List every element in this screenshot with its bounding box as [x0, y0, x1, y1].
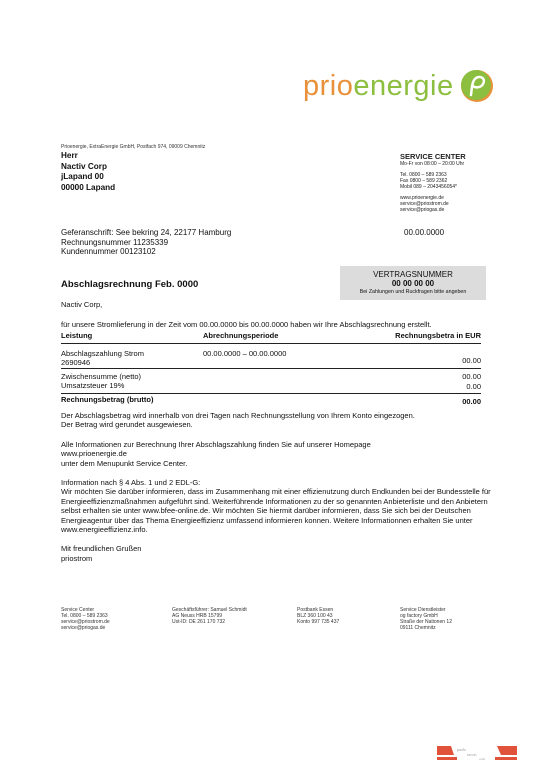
recipient-name: Nactiv Corp	[61, 162, 115, 173]
paragraph-debit: Der Abschlagsbetrag wird innerhalb von d…	[61, 411, 491, 430]
contract-number: 00 00 00 00	[340, 279, 486, 288]
vat-amount: 0.00	[466, 382, 481, 391]
service-mail-link-2[interactable]: service@priogas.de	[400, 207, 466, 213]
service-center-block: SERVICE CENTER Mo-Fr von 08:00 – 20:00 U…	[400, 152, 466, 213]
logo-text-energie: energie	[353, 70, 453, 103]
table-header: Leistung Abrechnungsperiode Rechnungsbet…	[61, 331, 481, 344]
header-leistung: Leistung	[61, 331, 92, 340]
header-amount: Rechnungsbetra in EUR	[395, 331, 481, 340]
service-center-title: SERVICE CENTER	[400, 152, 466, 161]
invoice-date: 00.00.0000	[404, 228, 444, 237]
table-row-total: Rechnungsbetrag (brutto) 00.00	[61, 394, 481, 406]
watermark-badge: paolo taccio com	[437, 745, 517, 761]
signature: priostrom	[61, 554, 92, 563]
recipient-salutation: Herr	[61, 151, 115, 162]
svg-text:paolo: paolo	[457, 747, 466, 752]
row-item-sub: 2690946	[61, 358, 90, 367]
table-row: Abschlagszahlung Strom 2690946 00.00.000…	[61, 344, 481, 369]
customer-number: Kundennummer 00123102	[61, 247, 231, 257]
recipient-address: Herr Nactiv Corp jLapand 00 00000 Lapand	[61, 151, 115, 193]
invoice-number: Rechnungsnummer 11235339	[61, 238, 231, 248]
row-amount: 00.00	[462, 356, 481, 365]
row-period: 00.00.0000 – 00.00.0000	[203, 349, 286, 358]
logo-text-prio: prio	[303, 70, 353, 103]
footer-col-company: Geschäftsführer: Samuel Schmidt AG Neuss…	[172, 607, 247, 625]
service-mobil: Mobil 089 – 2043456054*	[400, 184, 466, 190]
delivery-address: Geferanschrift: See bekring 24, 22177 Ha…	[61, 228, 231, 238]
service-hours: Mo-Fr von 08:00 – 20:00 Uhr	[400, 161, 466, 167]
footer-col-provider: Service Dienstleister og factory GmbH St…	[400, 607, 452, 631]
invoice-table: Leistung Abrechnungsperiode Rechnungsbet…	[61, 331, 481, 406]
sender-line: Prioenergie, ExtraEnergie GmbH, Postfach…	[61, 144, 205, 150]
closing: Mit freundlichen Grußen priostrom	[61, 544, 491, 563]
salutation: Nactiv Corp,	[61, 300, 102, 309]
recipient-city: 00000 Lapand	[61, 183, 115, 194]
svg-text:taccio: taccio	[467, 752, 477, 757]
contract-number-box: VERTRAGSNUMMER 00 00 00 00 Bei Zahlungen…	[340, 266, 486, 300]
table-row-subtotal: Zwischensumme (netto) Umsatzsteuer 19% 0…	[61, 369, 481, 394]
paragraph-homepage: Alle Informationen zur Berechnung Ihrer …	[61, 440, 491, 468]
paragraph-edlg: Information nach § 4 Abs. 1 und 2 EDL-G:…	[61, 478, 491, 534]
intro-text: für unsere Stromlieferung in der Zeit vo…	[61, 320, 432, 329]
company-logo: prioenergie	[303, 66, 494, 106]
footer-col-bank: Postbank Essen BLZ 360 100 43 Konto 997 …	[297, 607, 339, 625]
footer-mail-link-2[interactable]: service@priogas.de	[61, 625, 110, 631]
total-label: Rechnungsbetrag (brutto)	[61, 395, 154, 404]
logo-p-icon	[460, 69, 494, 103]
vat-label: Umsatzsteuer 19%	[61, 381, 124, 390]
body-text: Der Abschlagsbetrag wird innerhalb von d…	[61, 411, 491, 573]
contract-note: Bei Zahlungen und Ruckfragen bitte angeb…	[340, 288, 486, 297]
homepage-link[interactable]: www.prioenergie.de	[61, 449, 127, 458]
page-title: Abschlagsrechnung Feb. 0000	[61, 279, 198, 290]
recipient-street: jLapand 00	[61, 172, 115, 183]
svg-text:com: com	[479, 757, 485, 761]
subtotal-label: Zwischensumme (netto)	[61, 372, 141, 381]
invoice-meta: Geferanschrift: See bekring 24, 22177 Ha…	[61, 228, 231, 257]
total-amount: 00.00	[462, 397, 481, 406]
row-item: Abschlagszahlung Strom	[61, 349, 144, 358]
subtotal-amount: 00.00	[462, 372, 481, 381]
header-period: Abrechnungsperiode	[203, 331, 278, 340]
footer-col-service: Service Center Tel. 0800 – 589 2363 serv…	[61, 607, 110, 631]
contract-label: VERTRAGSNUMMER	[340, 270, 486, 279]
